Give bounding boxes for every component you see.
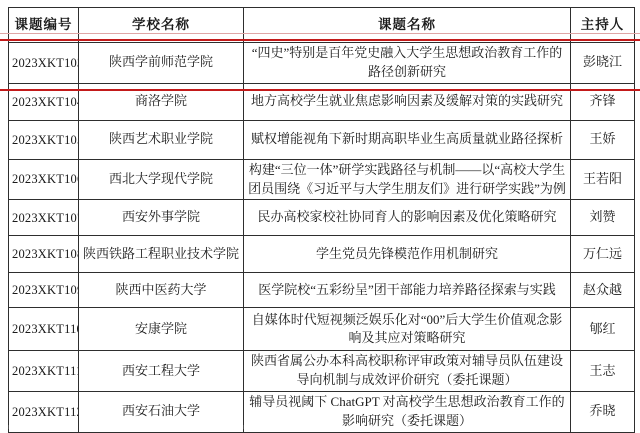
project-title: 民办高校家校社协同育人的影响因素及优化策略研究 <box>244 200 571 236</box>
school-name: 陕西中医药大学 <box>79 273 244 308</box>
header-school-name: 学校名称 <box>79 8 244 43</box>
project-id: 2023XKT103 <box>9 43 79 84</box>
project-title: 医学院校“五彩纷呈”团干部能力培养路径探索与实践 <box>244 273 571 308</box>
project-id: 2023XKT109 <box>9 273 79 308</box>
table-row: 2023XKT107 西安外事学院 民办高校家校社协同育人的影响因素及优化策略研… <box>9 200 635 236</box>
school-name: 安康学院 <box>79 308 244 351</box>
table-row: 2023XKT104 商洛学院 地方高校学生就业焦虑影响因素及缓解对策的实践研究… <box>9 83 635 120</box>
project-id: 2023XKT112 <box>9 392 79 433</box>
table-row: 2023XKT109 陕西中医药大学 医学院校“五彩纷呈”团干部能力培养路径探索… <box>9 273 635 308</box>
header-project-id: 课题编号 <box>9 8 79 43</box>
leader-name: 王若阳 <box>571 159 635 200</box>
project-title: 赋权增能视角下新时期高职毕业生高质量就业路径探析 <box>244 120 571 159</box>
school-name: 西安外事学院 <box>79 200 244 236</box>
project-title: 地方高校学生就业焦虑影响因素及缓解对策的实践研究 <box>244 83 571 120</box>
leader-name: 万仁远 <box>571 236 635 273</box>
project-approval-table: 课题编号 学校名称 课题名称 主持人 2023XKT103 陕西学前师范学院 “… <box>8 7 635 433</box>
project-id: 2023XKT106 <box>9 159 79 200</box>
project-id: 2023XKT104 <box>9 83 79 120</box>
school-name: 陕西艺术职业学院 <box>79 120 244 159</box>
project-title: 辅导员视阈下 ChatGPT 对高校学生思想政治教育工作的影响研究（委托课题） <box>244 392 571 433</box>
leader-name: 赵众越 <box>571 273 635 308</box>
cutoff-row-border-tick <box>243 425 244 429</box>
leader-name: 刘赞 <box>571 200 635 236</box>
table-row: 2023XKT112 西安石油大学 辅导员视阈下 ChatGPT 对高校学生思想… <box>9 392 635 433</box>
project-id: 2023XKT110 <box>9 308 79 351</box>
project-title: 构建“三位一体”研学实践路径与机制——以“高校大学生团员围绕《习近平与大学生朋友… <box>244 159 571 200</box>
header-leader: 主持人 <box>571 8 635 43</box>
leader-name: 齐锋 <box>571 83 635 120</box>
school-name: 陕西学前师范学院 <box>79 43 244 84</box>
project-id: 2023XKT107 <box>9 200 79 236</box>
leader-name: 乔晓 <box>571 392 635 433</box>
table-header-row: 课题编号 学校名称 课题名称 主持人 <box>9 8 635 43</box>
table-row: 2023XKT108 陕西铁路工程职业技术学院 学生党员先锋模范作用机制研究 万… <box>9 236 635 273</box>
header-project-title: 课题名称 <box>244 8 571 43</box>
school-name: 商洛学院 <box>79 83 244 120</box>
project-id: 2023XKT111 <box>9 351 79 392</box>
school-name: 西安石油大学 <box>79 392 244 433</box>
table-row: 2023XKT105 陕西艺术职业学院 赋权增能视角下新时期高职毕业生高质量就业… <box>9 120 635 159</box>
project-id: 2023XKT108 <box>9 236 79 273</box>
table-row: 2023XKT110 安康学院 自媒体时代短视频泛娱乐化对“00”后大学生价值观… <box>9 308 635 351</box>
table-row: 2023XKT111 西安工程大学 陕西省属公办本科高校职称评审政策对辅导员队伍… <box>9 351 635 392</box>
school-name: 陕西铁路工程职业技术学院 <box>79 236 244 273</box>
leader-name: 彭晓江 <box>571 43 635 84</box>
project-id: 2023XKT105 <box>9 120 79 159</box>
leader-name: 王娇 <box>571 120 635 159</box>
project-title: “四史”特别是百年党史融入大学生思想政治教育工作的路径创新研究 <box>244 43 571 84</box>
table-row: 2023XKT106 西北大学现代学院 构建“三位一体”研学实践路径与机制——以… <box>9 159 635 200</box>
school-name: 西安工程大学 <box>79 351 244 392</box>
leader-name: 郇红 <box>571 308 635 351</box>
project-title: 陕西省属公办本科高校职称评审政策对辅导员队伍建设导向机制与成效评价研究（委托课题… <box>244 351 571 392</box>
project-title: 学生党员先锋模范作用机制研究 <box>244 236 571 273</box>
project-title: 自媒体时代短视频泛娱乐化对“00”后大学生价值观念影响及其应对策略研究 <box>244 308 571 351</box>
school-name: 西北大学现代学院 <box>79 159 244 200</box>
leader-name: 王志 <box>571 351 635 392</box>
cutoff-row-border-tick <box>8 425 9 429</box>
table-row: 2023XKT103 陕西学前师范学院 “四史”特别是百年党史融入大学生思想政治… <box>9 43 635 84</box>
